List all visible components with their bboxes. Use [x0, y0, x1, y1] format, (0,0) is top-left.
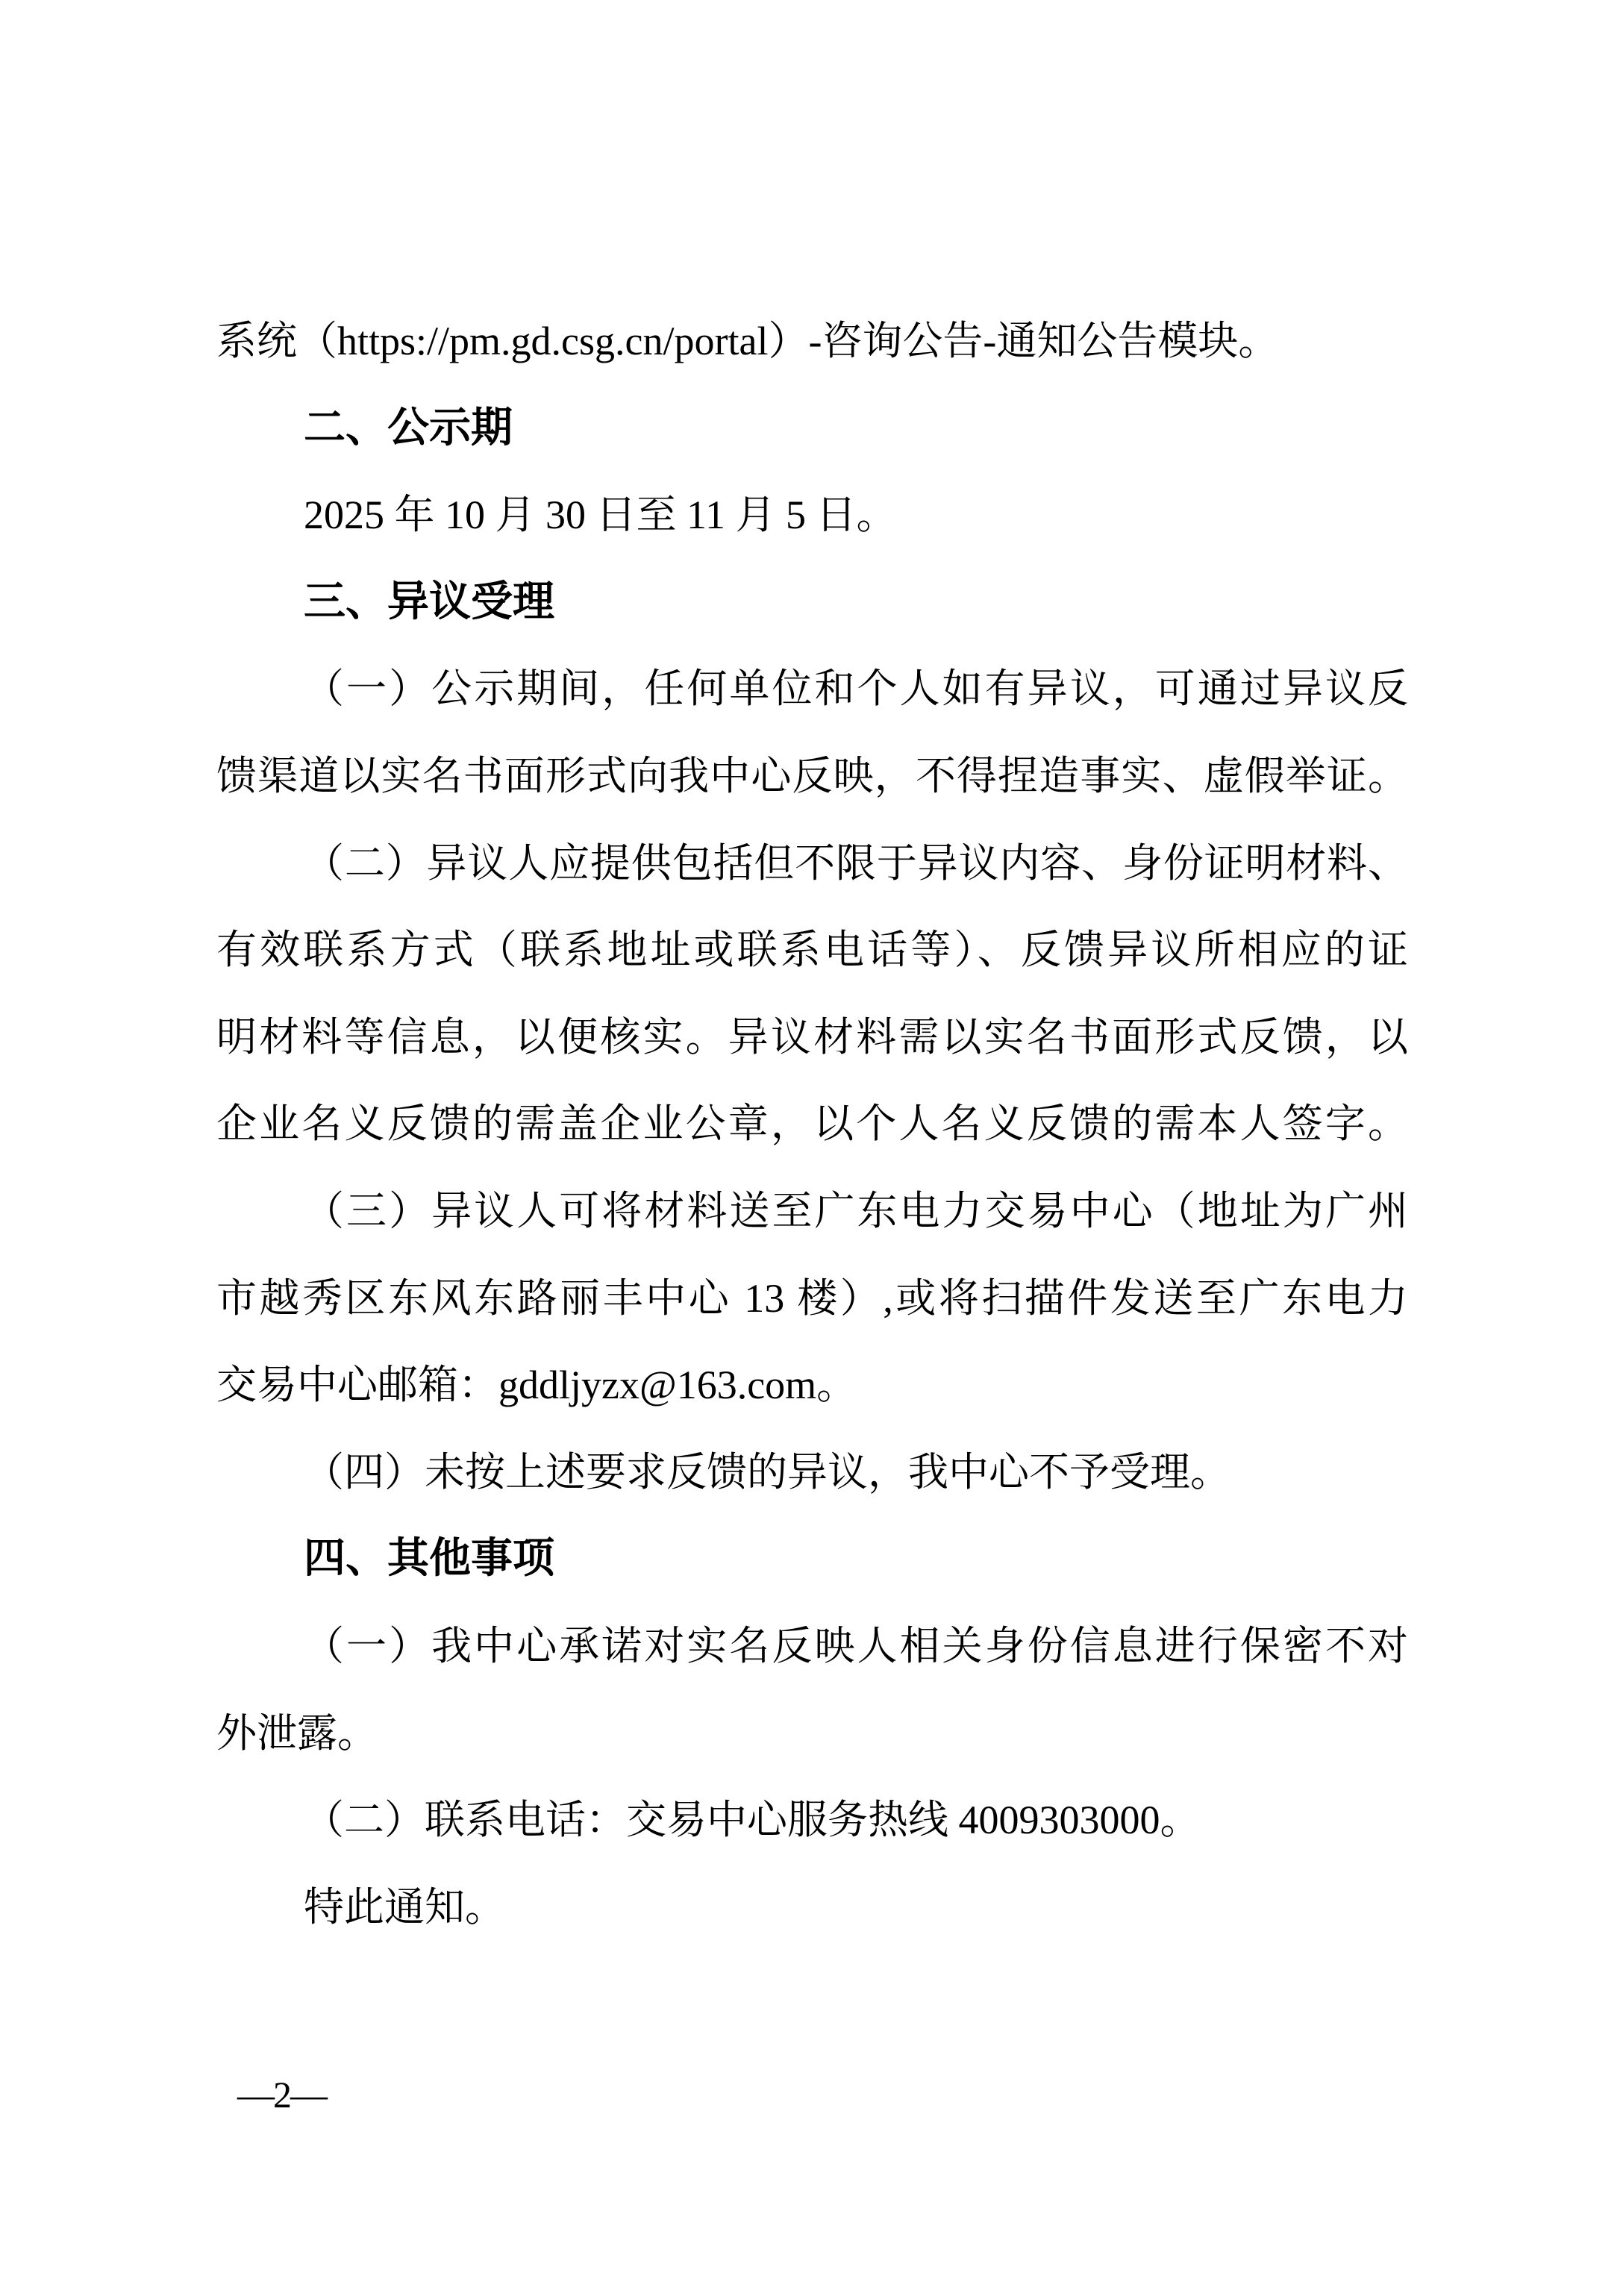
- document-body: 系统（https://pm.gd.csg.cn/portal）-咨询公告-通知公…: [216, 298, 1408, 1951]
- document-line: （二）联系电话：交易中心服务热线 4009303000。: [216, 1777, 1408, 1864]
- document-page: 系统（https://pm.gd.csg.cn/portal）-咨询公告-通知公…: [0, 0, 1623, 2296]
- document-line: 交易中心邮箱：gddljyzx@163.com。: [216, 1342, 1408, 1429]
- document-line: （四）未按上述要求反馈的异议，我中心不予受理。: [216, 1429, 1408, 1516]
- document-line: 特此通知。: [216, 1864, 1408, 1951]
- document-line: （二）异议人应提供包括但不限于异议内容、身份证明材料、: [216, 820, 1408, 907]
- document-line: 有效联系方式（联系地址或联系电话等）、反馈异议所相应的证: [216, 907, 1408, 994]
- document-line: 外泄露。: [216, 1690, 1408, 1777]
- section-heading: 三、异议受理: [216, 559, 1408, 646]
- document-line: （一）我中心承诺对实名反映人相关身份信息进行保密不对: [216, 1603, 1408, 1690]
- document-line: 明材料等信息，以便核实。异议材料需以实名书面形式反馈，以: [216, 994, 1408, 1081]
- document-line: 企业名义反馈的需盖企业公章，以个人名义反馈的需本人签字。: [216, 1080, 1408, 1168]
- document-line: 2025 年 10 月 30 日至 11 月 5 日。: [216, 472, 1408, 559]
- document-line: （一）公示期间，任何单位和个人如有异议，可通过异议反: [216, 645, 1408, 733]
- document-line: 馈渠道以实名书面形式向我中心反映，不得捏造事实、虚假举证。: [216, 733, 1408, 820]
- document-line: 系统（https://pm.gd.csg.cn/portal）-咨询公告-通知公…: [216, 298, 1408, 385]
- page-number: —2—: [237, 2068, 326, 2121]
- document-line: （三）异议人可将材料送至广东电力交易中心（地址为广州: [216, 1168, 1408, 1255]
- document-line: 市越秀区东风东路丽丰中心 13 楼）,或将扫描件发送至广东电力: [216, 1255, 1408, 1342]
- section-heading: 二、公示期: [216, 385, 1408, 472]
- section-heading: 四、其他事项: [216, 1515, 1408, 1603]
